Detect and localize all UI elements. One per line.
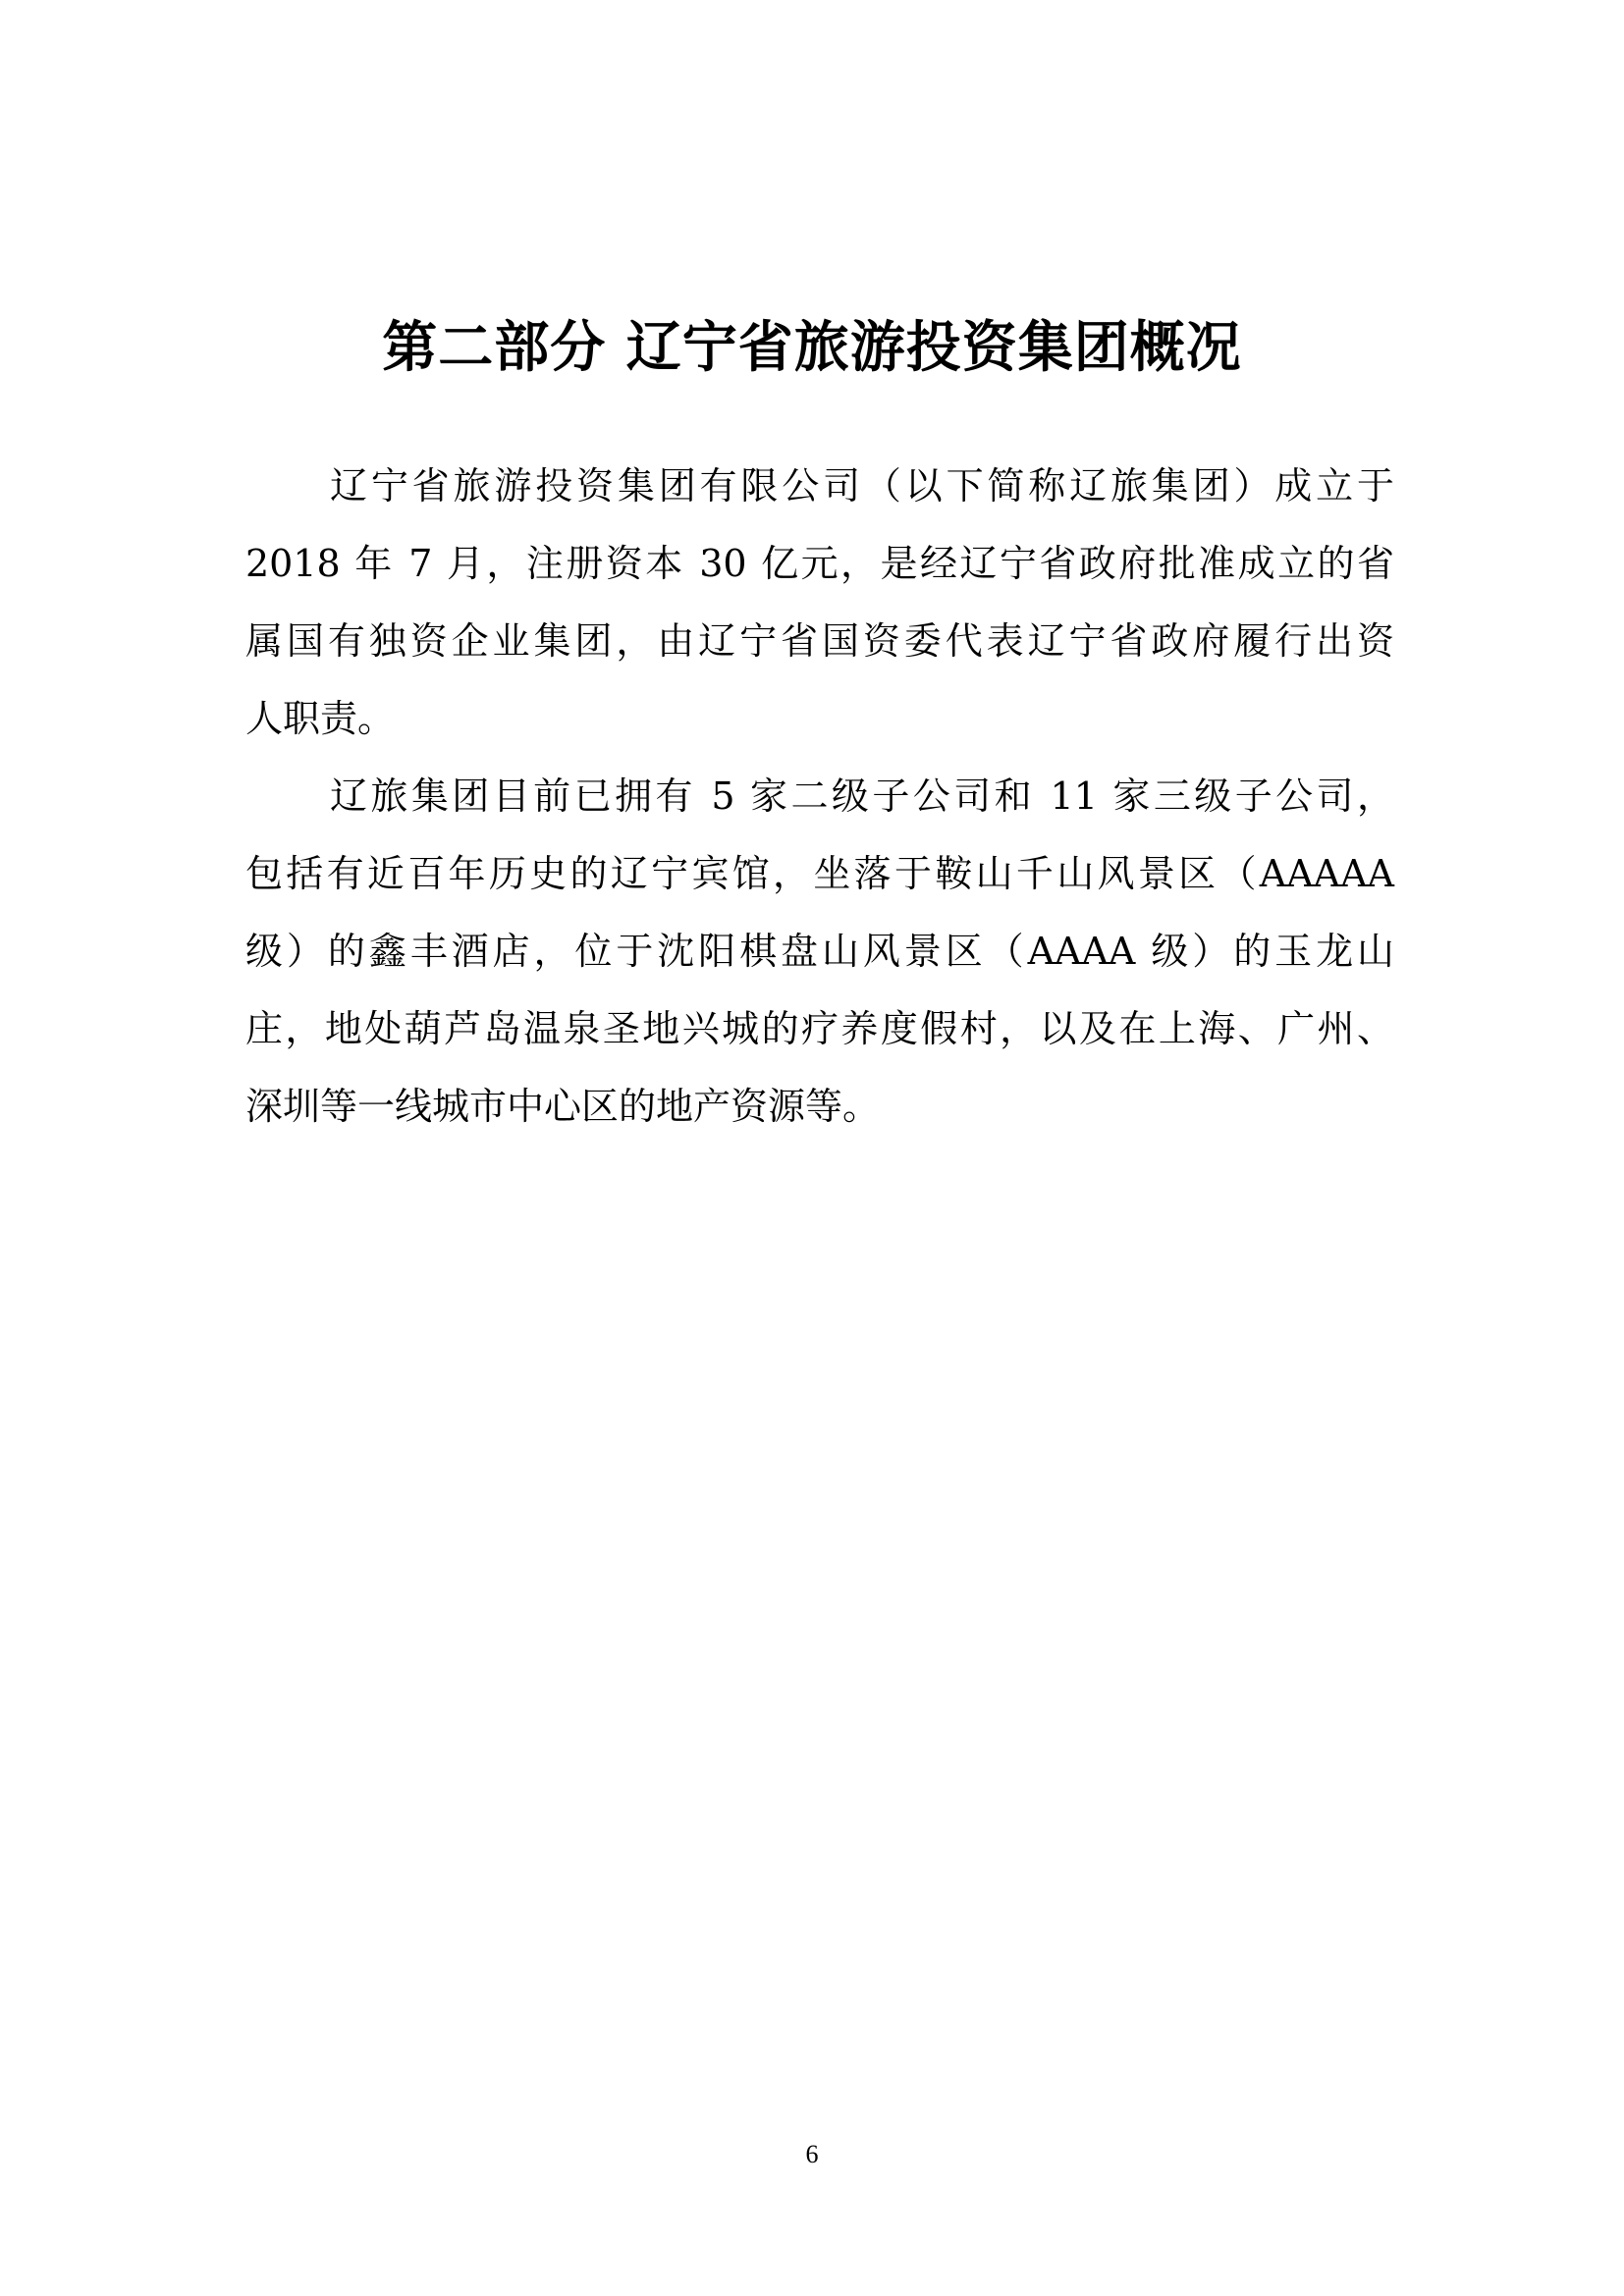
paragraph-line: 深圳等一线城市中心区的地产资源等。 [245,1068,1394,1146]
paragraph-line: 人职责。 [245,680,1394,758]
page-title: 第二部分 辽宁省旅游投资集团概况 [0,314,1624,383]
paragraph-line: 2018 年 7 月，注册资本 30 亿元，是经辽宁省政府批准成立的省 [245,525,1394,603]
paragraph-overview: 辽宁省旅游投资集团有限公司（以下简称辽旅集团）成立于 2018 年 7 月，注册… [245,448,1394,758]
page-number: 6 [0,2140,1624,2169]
paragraph-line: 包括有近百年历史的辽宁宾馆，坐落于鞍山千山风景区（AAAAA [245,835,1394,913]
paragraph-line: 级）的鑫丰酒店，位于沈阳棋盘山风景区（AAAA 级）的玉龙山 [245,913,1394,990]
document-page: 第二部分 辽宁省旅游投资集团概况 辽宁省旅游投资集团有限公司（以下简称辽旅集团）… [0,0,1624,2296]
paragraph-subsidiaries: 辽旅集团目前已拥有 5 家二级子公司和 11 家三级子公司， 包括有近百年历史的… [245,758,1394,1146]
paragraph-line: 属国有独资企业集团，由辽宁省国资委代表辽宁省政府履行出资 [245,603,1394,680]
paragraph-line: 庄，地处葫芦岛温泉圣地兴城的疗养度假村，以及在上海、广州、 [245,990,1394,1068]
paragraph-line: 辽旅集团目前已拥有 5 家二级子公司和 11 家三级子公司， [245,758,1394,835]
paragraph-line: 辽宁省旅游投资集团有限公司（以下简称辽旅集团）成立于 [245,448,1394,525]
